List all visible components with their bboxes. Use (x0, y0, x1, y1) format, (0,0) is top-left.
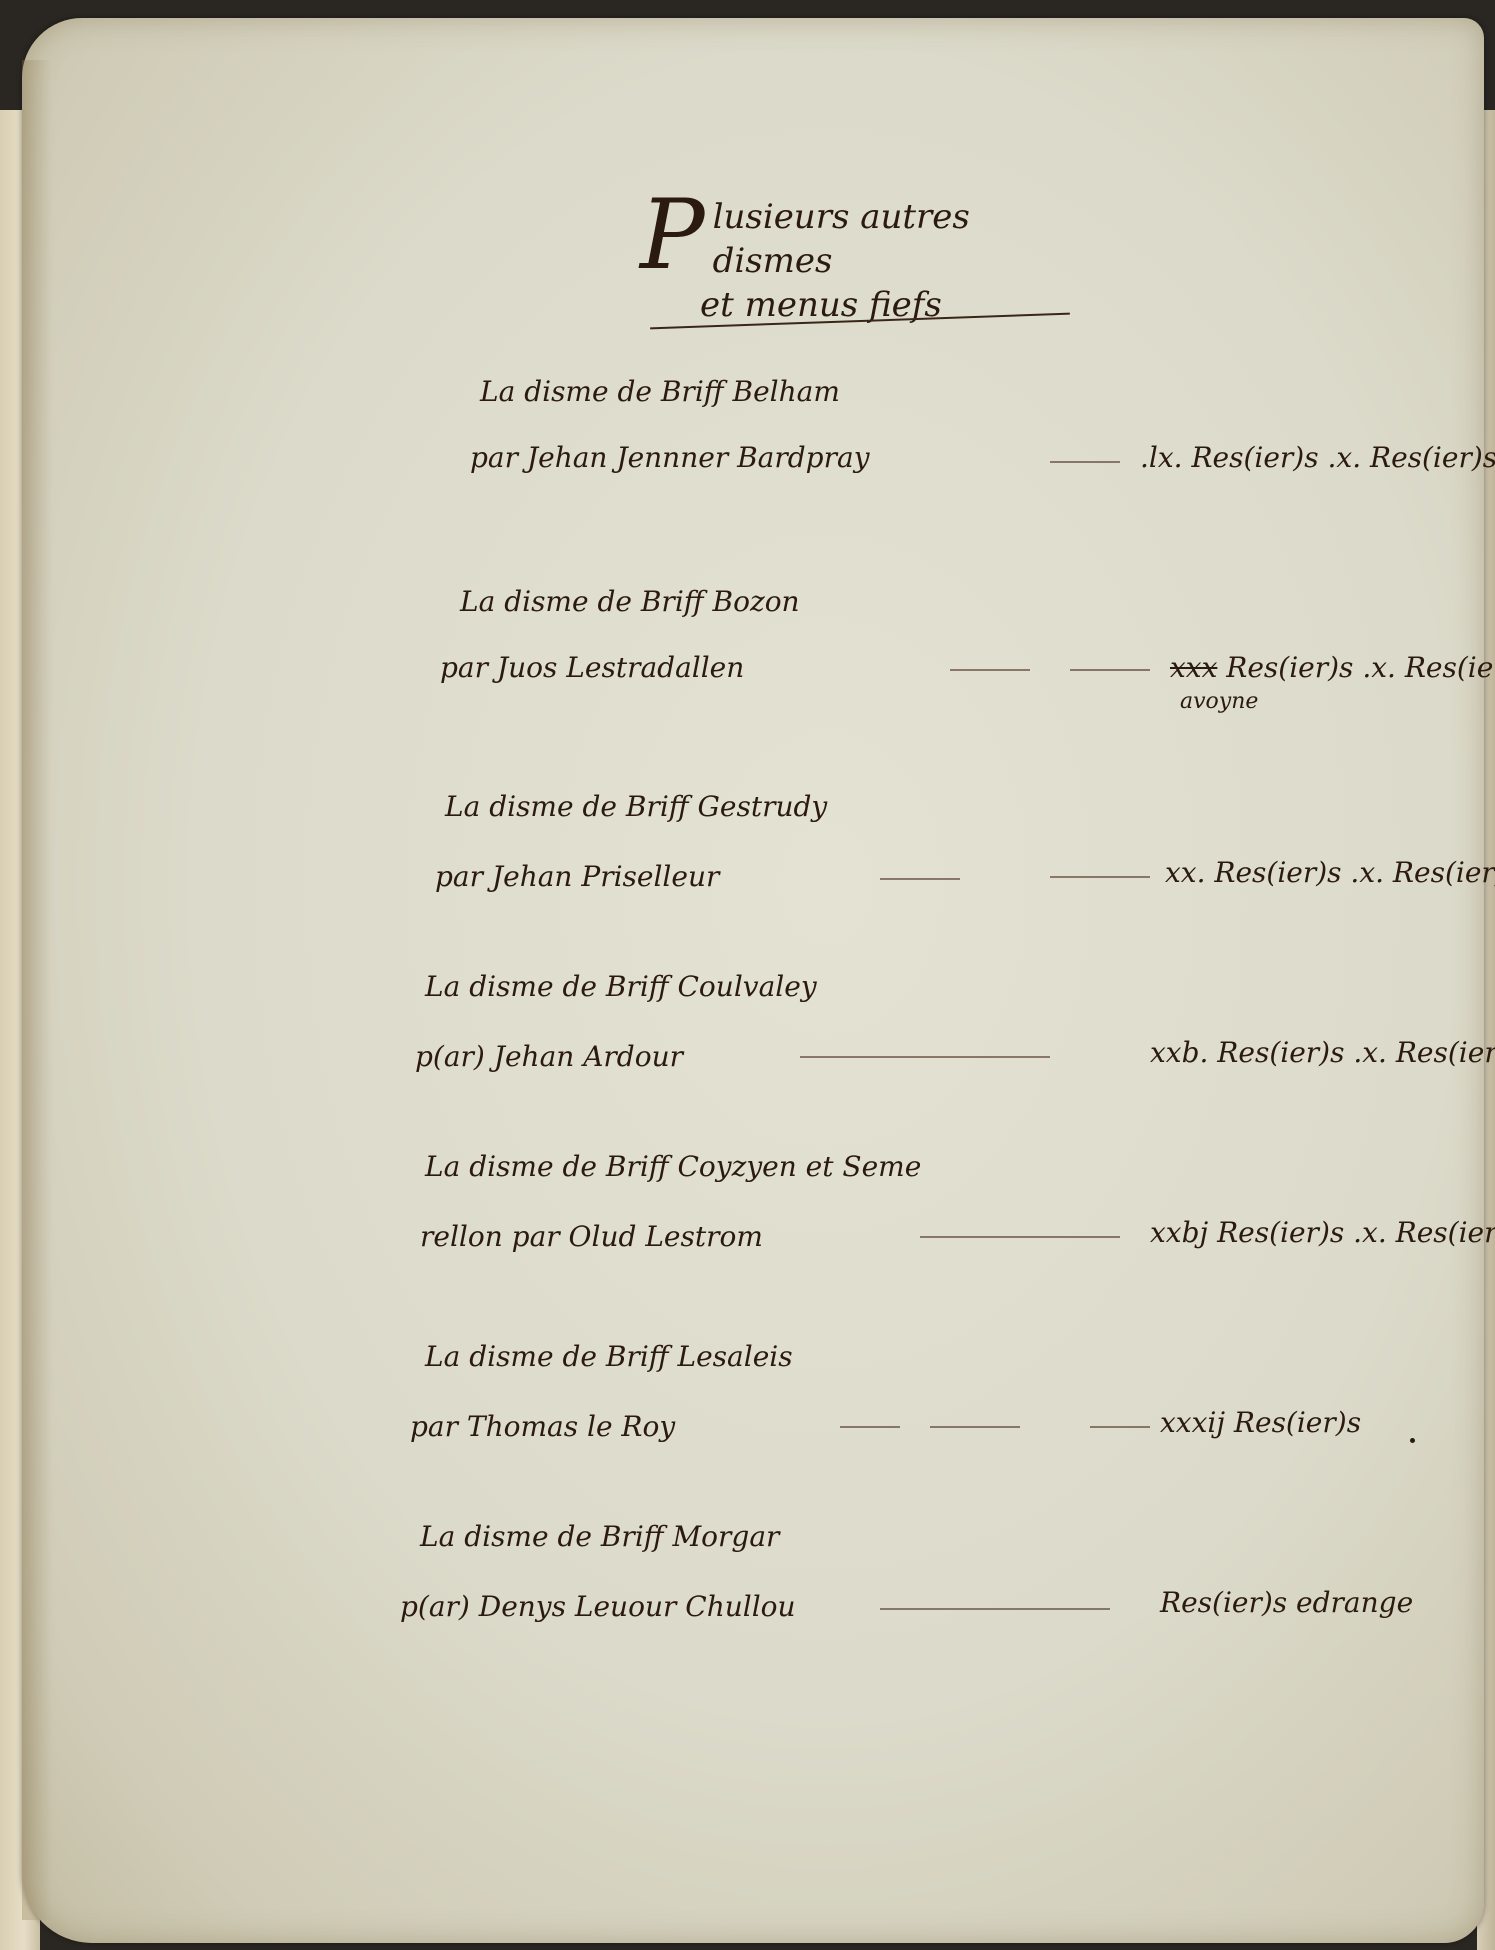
leader-line (1070, 669, 1150, 671)
leader-line (880, 1608, 1110, 1610)
leader-line (930, 1426, 1020, 1428)
page-edge-shadow (22, 60, 52, 1920)
entry-amount: xxxij Res(ier)s (1160, 1406, 1361, 1439)
entry-amount: xxbj Res(ier)s .x. Res(ier)s a(voine) (1150, 1216, 1495, 1249)
entry-line-2: par Juos Lestradallen (440, 651, 744, 684)
leader-line (1090, 1426, 1150, 1428)
leader-line (880, 878, 960, 880)
entry-amount: xx. Res(ier)s .x. Res(ier)s a(voine) (1165, 856, 1495, 889)
leader-line (1050, 461, 1120, 463)
entry-line-2: rellon par Olud Lestrom (420, 1220, 763, 1253)
entry-line-1: La disme de Briff Coulvaley (425, 970, 817, 1003)
entry-line-2: p(ar) Denys Leuour Chullou (400, 1590, 796, 1623)
leader-line (1050, 876, 1150, 878)
leader-line (840, 1426, 900, 1428)
entry-amount: xxx Res(ier)s .x. Res(ier)s (1170, 651, 1495, 684)
entry-line-2: par Jehan Priselleur (435, 860, 719, 893)
amount-note: avoyne (1180, 689, 1258, 714)
entry-line-1: La disme de Briff Morgar (420, 1520, 779, 1553)
struck-amount: xxx (1170, 651, 1217, 684)
entry-amount: xxb. Res(ier)s .x. Res(ier)s a(voine) (1150, 1036, 1495, 1069)
entry-line-1: La disme de Briff Lesaleis (425, 1340, 793, 1373)
page-heading: P lusieurs autres dismes et menus fiefs (640, 195, 1028, 327)
entry-amount: Res(ier)s edrange (1160, 1586, 1413, 1619)
leader-line (920, 1236, 1120, 1238)
leader-line (800, 1056, 1050, 1058)
entry-line-1: La disme de Briff Gestrudy (445, 790, 827, 823)
entry-line-2: p(ar) Jehan Ardour (415, 1040, 683, 1073)
entry-line-1: La disme de Briff Bozon (460, 585, 800, 618)
leader-line (950, 669, 1030, 671)
ink-dot (1410, 1438, 1415, 1443)
entry-line-2: par Jehan Jennner Bardpray (470, 441, 870, 474)
entry-amount: .lx. Res(ier)s .x. Res(ier)s a(voine) (1140, 441, 1495, 474)
entry-line-1: La disme de Briff Coyzyen et Seme (425, 1150, 921, 1183)
entry-line-2: par Thomas le Roy (410, 1410, 675, 1443)
entry-line-1: La disme de Briff Belham (480, 375, 840, 408)
decorated-initial: P (640, 195, 705, 275)
